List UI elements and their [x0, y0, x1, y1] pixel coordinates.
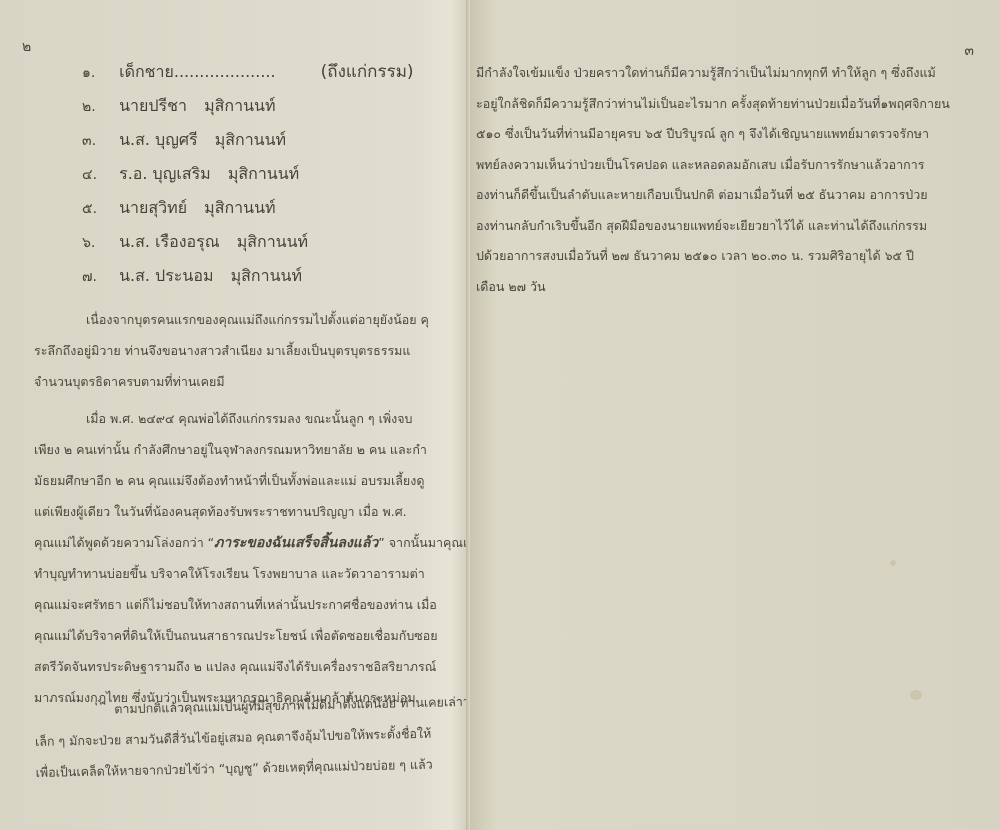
- child-surname: มุสิกานนท์: [231, 266, 302, 285]
- list-item: ๒. นายปรีชา มุสิกานนท์: [82, 89, 414, 123]
- paragraph-adoption: เนื่องจากบุตรคนแรกของคุณแม่ถึงแก่กรรมไปต…: [34, 304, 470, 397]
- quote-emphasis: ภาระของฉันเสร็จสิ้นลงแล้ว: [214, 535, 378, 551]
- page-number-left: ๒: [22, 36, 31, 58]
- text-line: องท่านก็ดีขึ้นเป็นลำดับและหายเกือบเป็นปก…: [476, 180, 996, 211]
- children-list: ๑. เด็กชาย.................... (ถึงแก่กร…: [82, 55, 414, 293]
- list-number: ๒.: [82, 90, 114, 124]
- text-line: ะอยู่ใกล้ชิดก็มีความรู้สึกว่าท่านไม่เป็น…: [476, 89, 996, 120]
- text-line: มีกำลังใจเข้มแข็ง ป่วยคราวใดท่านก็มีความ…: [476, 58, 996, 89]
- list-item: ๖. น.ส. เรืองอรุณ มุสิกานนท์: [82, 225, 414, 259]
- quote-trail: ” จากนั้นมาคุณแม่: [378, 535, 470, 550]
- child-surname: มุสิกานนท์: [204, 96, 275, 115]
- child-name: น.ส. เรืองอรุณ: [119, 225, 220, 259]
- list-item: ๑. เด็กชาย.................... (ถึงแก่กร…: [82, 55, 414, 89]
- left-page: ๒ ๑. เด็กชาย.................... (ถึงแก่…: [0, 0, 470, 830]
- text-line: เมื่อ พ.ศ. ๒๔๙๔ คุณพ่อได้ถึงแก่กรรมลง ขณ…: [34, 403, 470, 434]
- quote-lead: คุณแม่ได้พูดด้วยความโล่งอกว่า “: [34, 535, 214, 550]
- text-line: แต่เพียงผู้เดียว ในวันที่น้องคนสุดท้องรั…: [34, 496, 470, 527]
- text-line: พทย์ลงความเห็นว่าป่วยเป็นโรคปอด และหลอดล…: [476, 150, 996, 181]
- list-number: ๑.: [82, 56, 114, 90]
- list-number: ๕.: [82, 192, 114, 226]
- text-line: คุณแม่ได้บริจาคที่ดินให้เป็นถนนสาธารณประ…: [34, 620, 470, 651]
- child-name: เด็กชาย....................: [119, 55, 275, 89]
- text-line: จำนวนบุตรธิดาครบตามที่ท่านเคยมี: [34, 366, 470, 397]
- text-line: เพียง ๒ คนเท่านั้น กำลังศึกษาอยู่ในจุฬาล…: [34, 434, 470, 465]
- child-surname: มุสิกานนท์: [204, 198, 275, 217]
- child-name: ร.อ. บุญเสริม: [119, 157, 211, 191]
- paragraph-health: ตามปกติแล้วคุณแม่เป็นผู้ที่มีสุขภาพไม่ดี…: [34, 686, 470, 788]
- paper-stain: [890, 560, 896, 566]
- list-item: ๓. น.ส. บุญศรี มุสิกานนท์: [82, 123, 414, 157]
- list-number: ๖.: [82, 226, 114, 260]
- text-line: เนื่องจากบุตรคนแรกของคุณแม่ถึงแก่กรรมไปต…: [34, 304, 470, 335]
- text-line: ปด้วยอาการสงบเมื่อวันที่ ๒๗ ธันวาคม ๒๕๑๐…: [476, 241, 996, 272]
- text-line: ระลึกถึงอยู่มิวาย ท่านจึงขอนางสาวสำเนียง…: [34, 335, 470, 366]
- text-line: สตรีวัดจันทรประดิษฐารามถึง ๒ แปลง คุณแม่…: [34, 651, 470, 682]
- text-line: ๕๑๐ ซึ่งเป็นวันที่ท่านมีอายุครบ ๖๕ ปีบริ…: [476, 119, 996, 150]
- text-line: เดือน ๒๗ วัน: [476, 272, 996, 303]
- child-name: น.ส. ประนอม: [119, 259, 213, 293]
- paragraph-father-death: เมื่อ พ.ศ. ๒๔๙๔ คุณพ่อได้ถึงแก่กรรมลง ขณ…: [34, 403, 470, 713]
- paragraph-final-illness: มีกำลังใจเข้มแข็ง ป่วยคราวใดท่านก็มีความ…: [476, 58, 996, 302]
- book-spread: ๒ ๑. เด็กชาย.................... (ถึงแก่…: [0, 0, 1000, 830]
- list-number: ๔.: [82, 158, 114, 192]
- child-surname: มุสิกานนท์: [215, 130, 286, 149]
- text-line: องท่านกลับกำเริบขึ้นอีก สุดฝีมือของนายแพ…: [476, 211, 996, 242]
- child-surname: มุสิกานนท์: [228, 164, 299, 183]
- child-note: (ถึงแก่กรรม): [321, 62, 414, 82]
- text-line: คุณแม่จะศรัทธา แต่ก็ไม่ชอบให้ทางสถานที่เ…: [34, 589, 470, 620]
- list-item: ๕. นายสุวิทย์ มุสิกานนท์: [82, 191, 414, 225]
- text-line: มัธยมศึกษาอีก ๒ คน คุณแม่จึงต้องทำหน้าที…: [34, 465, 470, 496]
- paper-stain: [910, 690, 922, 700]
- text-line-quote: คุณแม่ได้พูดด้วยความโล่งอกว่า “ภาระของฉั…: [34, 527, 470, 558]
- child-name: นายปรีชา: [119, 89, 187, 123]
- list-item: ๔. ร.อ. บุญเสริม มุสิกานนท์: [82, 157, 414, 191]
- child-name: น.ส. บุญศรี: [119, 123, 198, 157]
- text-line: ทำบุญทำทานบ่อยขึ้น บริจาคให้โรงเรียน โรง…: [34, 558, 470, 589]
- list-number: ๓.: [82, 124, 114, 158]
- list-item: ๗. น.ส. ประนอม มุสิกานนท์: [82, 259, 414, 293]
- child-name: นายสุวิทย์: [119, 191, 187, 225]
- child-surname: มุสิกานนท์: [237, 232, 308, 251]
- list-number: ๗.: [82, 260, 114, 294]
